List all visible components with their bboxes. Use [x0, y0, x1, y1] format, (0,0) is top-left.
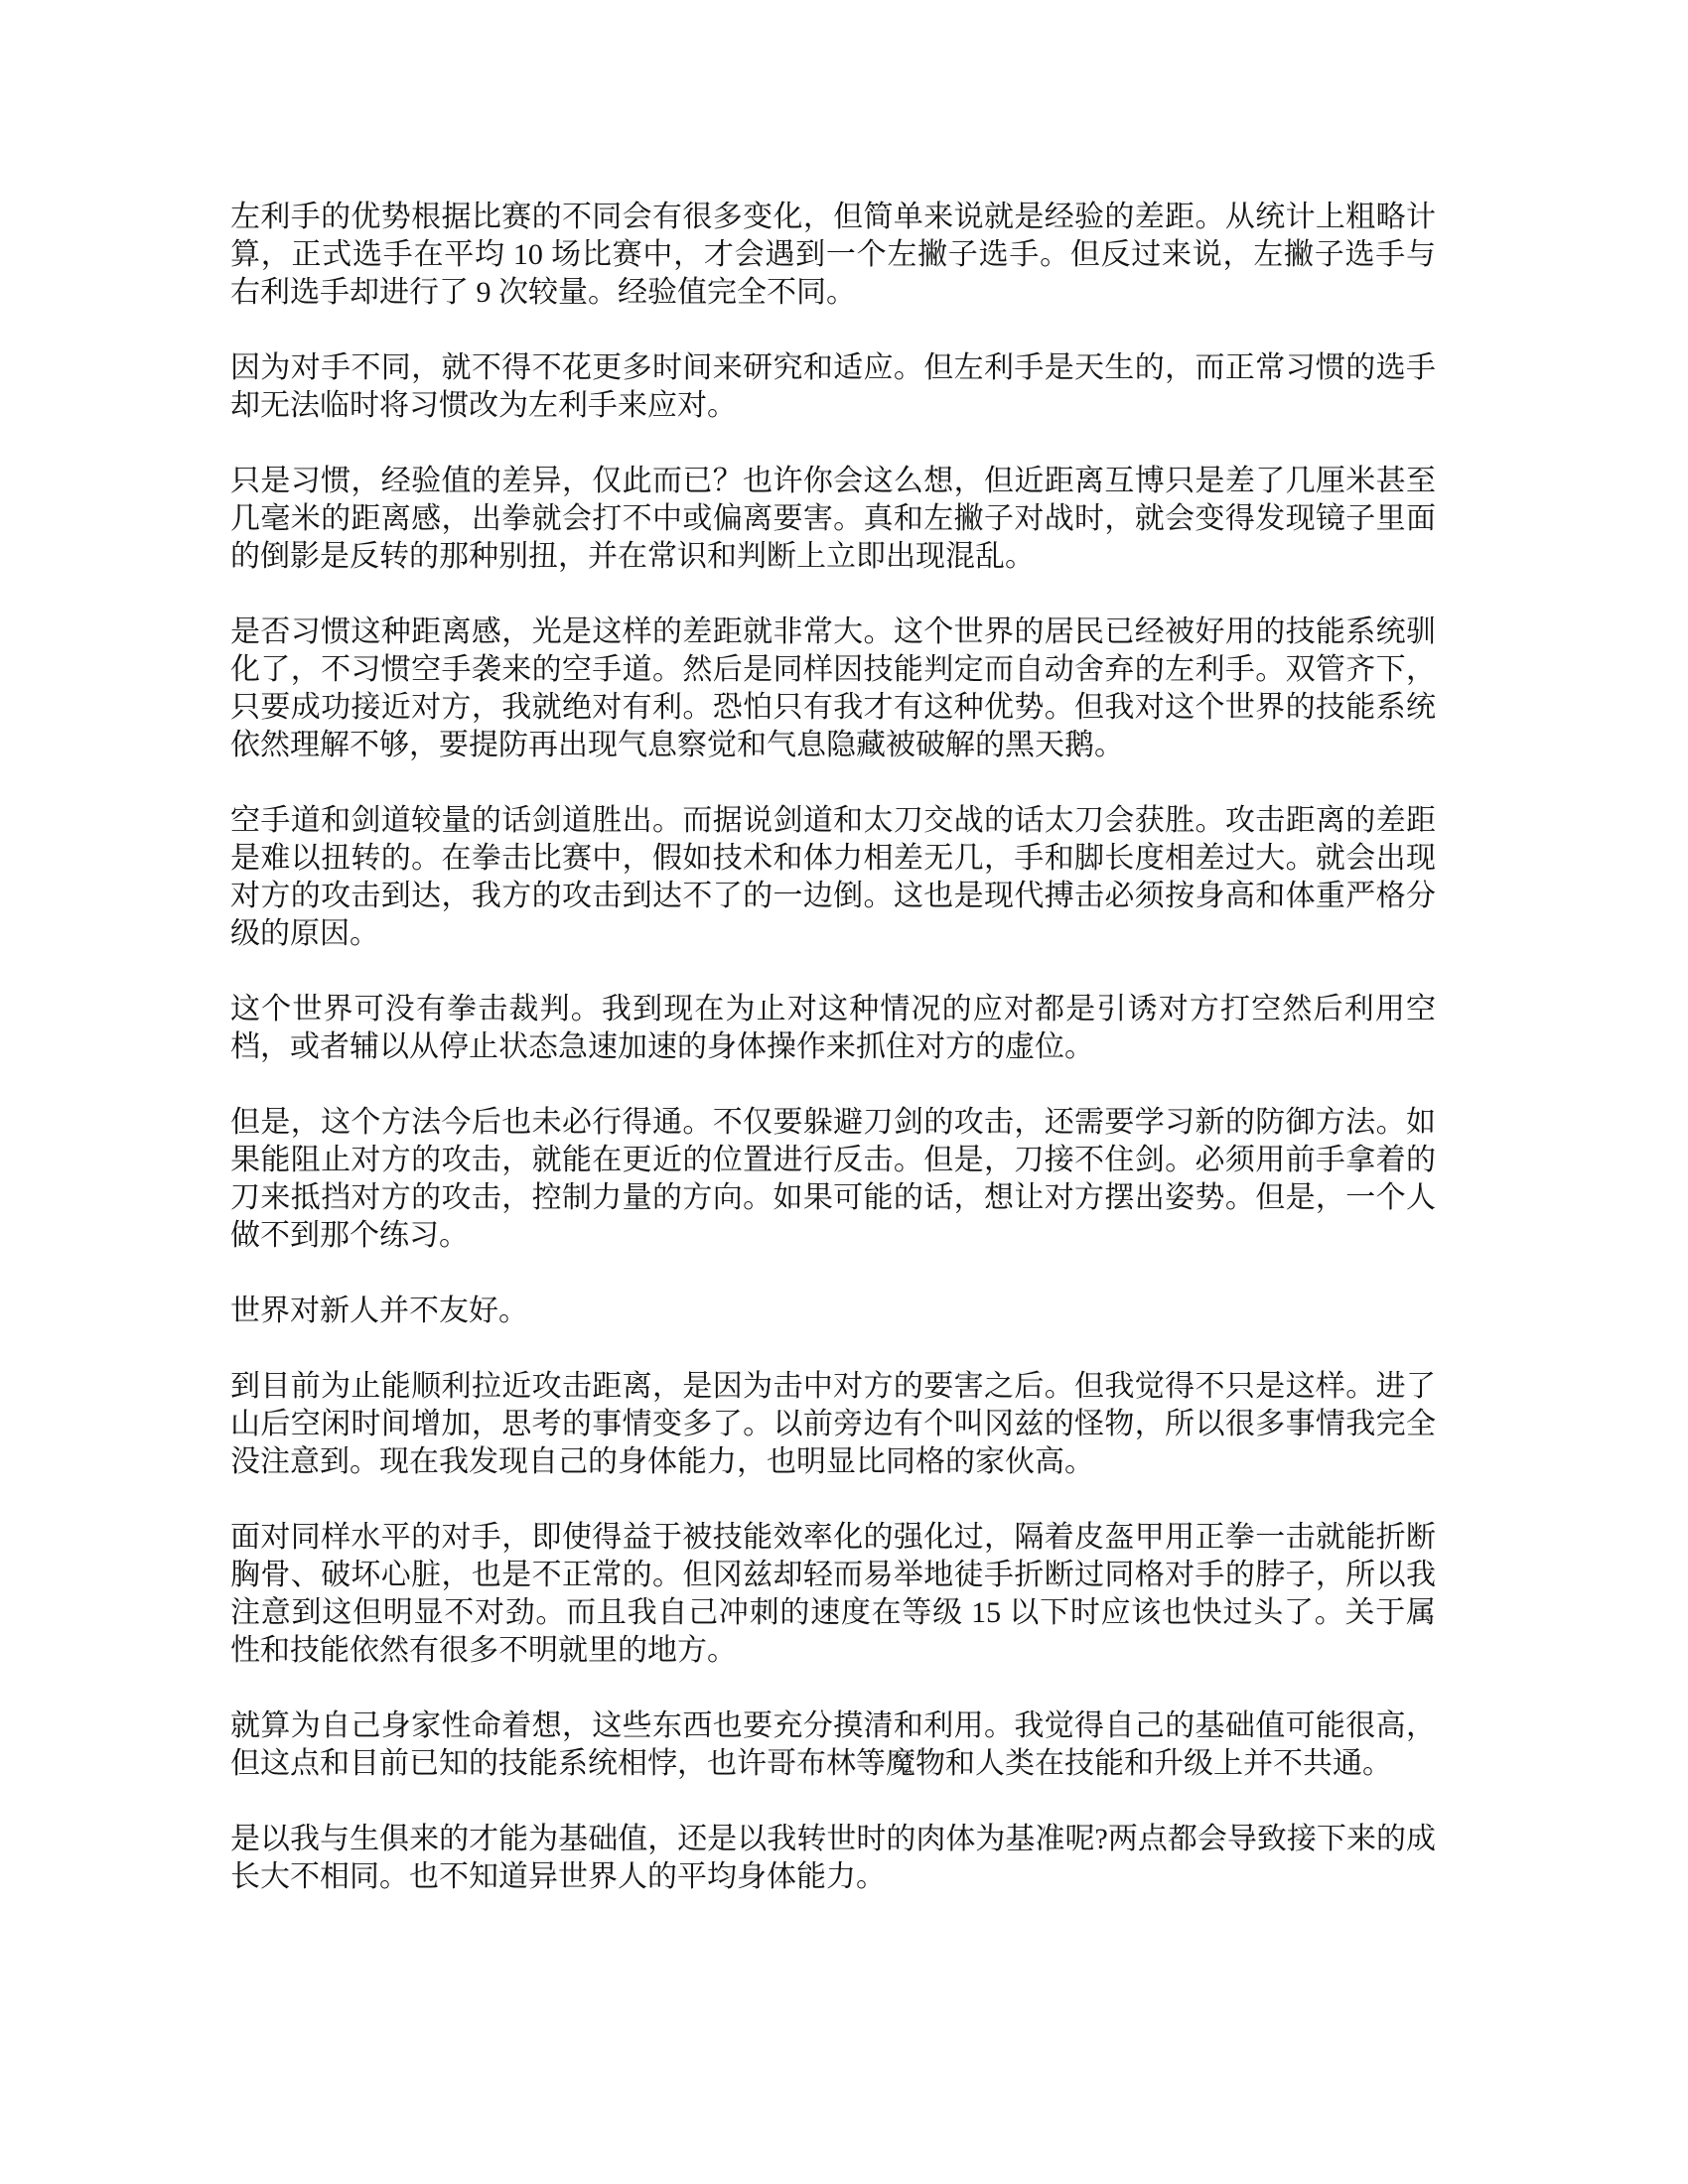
paragraph-8: 世界对新人并不友好。 [230, 1293, 1436, 1330]
paragraph-7: 但是，这个方法今后也未必行得通。不仅要躲避刀剑的攻击，还需要学习新的防御方法。如… [230, 1104, 1436, 1255]
paragraph-12: 是以我与生俱来的才能为基础值，还是以我转世时的肉体为基准呢?两点都会导致接下来的… [230, 1821, 1436, 1896]
paragraph-6: 这个世界可没有拳击裁判。我到现在为止对这种情况的应对都是引诱对方打空然后利用空档… [230, 991, 1436, 1066]
paragraph-1: 左利手的优势根据比赛的不同会有很多变化，但简单来说就是经验的差距。从统计上粗略计… [230, 199, 1436, 312]
paragraph-3: 只是习惯，经验值的差异，仅此而已？也许你会这么想，但近距离互博只是差了几厘米甚至… [230, 463, 1436, 576]
paragraph-11: 就算为自己身家性命着想，这些东西也要充分摸清和利用。我觉得自己的基础值可能很高，… [230, 1707, 1436, 1783]
paragraph-9: 到目前为止能顺利拉近攻击距离，是因为击中对方的要害之后。但我觉得不只是这样。进了… [230, 1368, 1436, 1481]
paragraph-10: 面对同样水平的对手，即使得益于被技能效率化的强化过，隔着皮盔甲用正拳一击就能折断… [230, 1519, 1436, 1670]
paragraph-4: 是否习惯这种距离感，光是这样的差距就非常大。这个世界的居民已经被好用的技能系统驯… [230, 614, 1436, 764]
document-page: 左利手的优势根据比赛的不同会有很多变化，但简单来说就是经验的差距。从统计上粗略计… [0, 0, 1688, 2184]
paragraph-2: 因为对手不同，就不得不花更多时间来研究和适应。但左利手是天生的，而正常习惯的选手… [230, 349, 1436, 425]
paragraph-5: 空手道和剑道较量的话剑道胜出。而据说剑道和太刀交战的话太刀会获胜。攻击距离的差距… [230, 802, 1436, 953]
text-content: 左利手的优势根据比赛的不同会有很多变化，但简单来说就是经验的差距。从统计上粗略计… [230, 199, 1436, 1896]
